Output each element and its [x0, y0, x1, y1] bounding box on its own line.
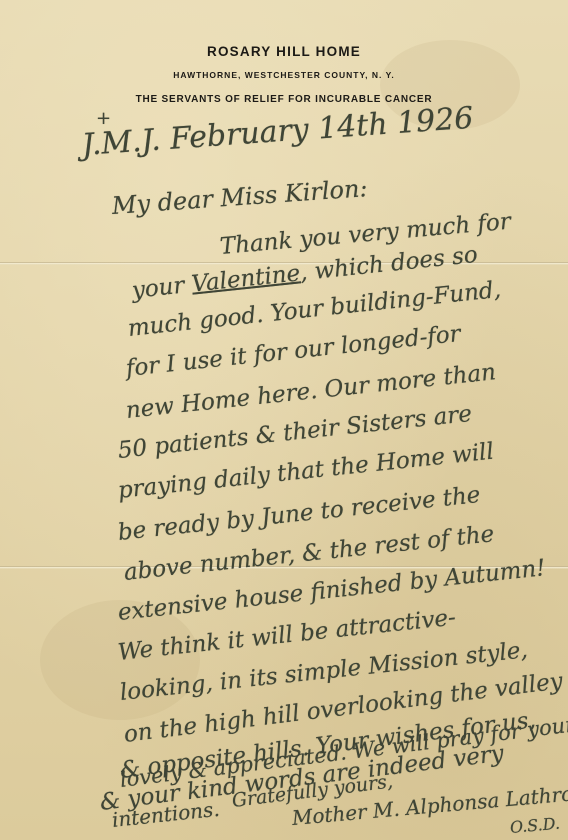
letter-page: ROSARY HILL HOME HAWTHORNE, WESTCHESTER … — [0, 0, 568, 840]
letterhead-title: ROSARY HILL HOME — [0, 44, 568, 59]
date-line: J.M.J. February 14th 1926 — [81, 101, 475, 163]
body-text: your — [131, 273, 186, 304]
signature-suffix: O.S.D. — [509, 814, 561, 837]
salutation: My dear Miss Kirlon: — [111, 174, 368, 220]
letterhead-address: HAWTHORNE, WESTCHESTER COUNTY, N. Y. — [0, 70, 568, 80]
letterhead-order: THE SERVANTS OF RELIEF FOR INCURABLE CAN… — [0, 94, 568, 105]
underlined-word: Valentine — [190, 260, 301, 297]
